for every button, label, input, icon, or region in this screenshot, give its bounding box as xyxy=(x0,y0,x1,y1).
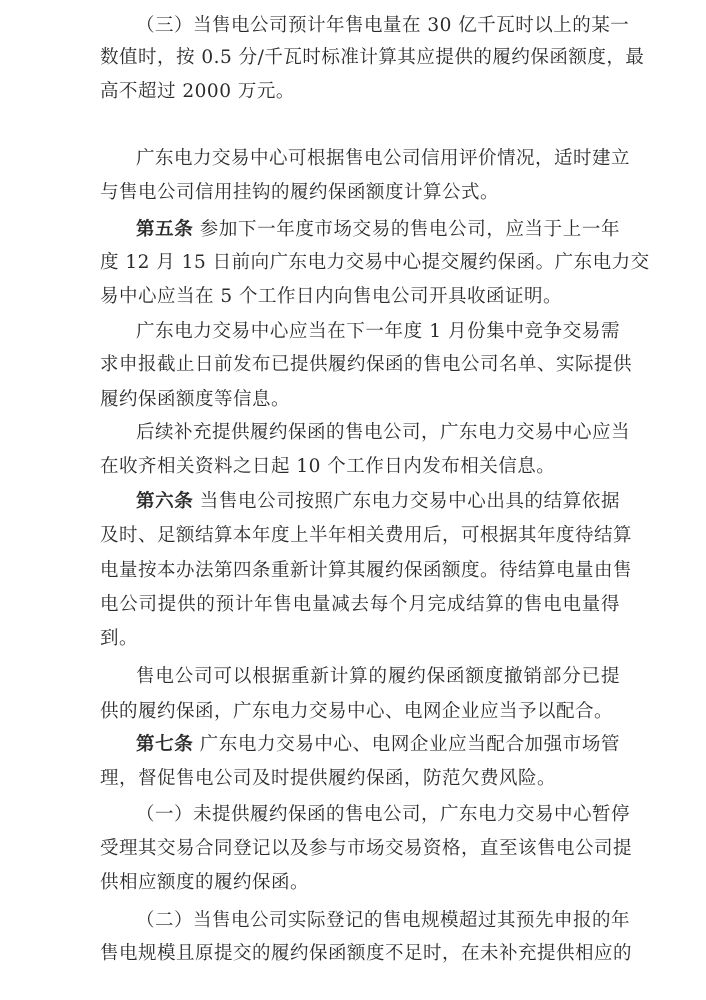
text-line: 广东电力交易中心应当在下一年度 1 月份集中竞争交易需 xyxy=(136,320,620,344)
line-text: 参加下一年度市场交易的售电公司，应当于上一年 xyxy=(200,219,620,240)
text-line: 理，督促售电公司及时提供履约保函，防范欠费风险。 xyxy=(100,767,620,791)
line-text: 广东电力交易中心、电网企业应当配合加强市场管 xyxy=(200,734,620,755)
text-line: 电公司提供的预计年售电量减去每个月完成结算的售电电量得 xyxy=(100,593,620,617)
text-line: 售电公司可以根据重新计算的履约保函额度撤销部分已提 xyxy=(136,665,620,689)
line-text: 售电公司可以根据重新计算的履约保函额度撤销部分已提 xyxy=(136,666,620,687)
text-line: 第六条 当售电公司按照广东电力交易中心出具的结算依据 xyxy=(136,490,620,514)
line-text: 及时、足额结算本年度上半年相关费用后，可根据其年度待结算 xyxy=(100,525,632,546)
article-heading: 第七条 xyxy=(136,734,193,755)
line-text: 供相应额度的履约保函。 xyxy=(100,872,309,893)
text-line: 第七条 广东电力交易中心、电网企业应当配合加强市场管 xyxy=(136,733,620,757)
line-text: 高不超过 2000 万元。 xyxy=(100,81,295,102)
line-text: 度 12 月 15 日前向广东电力交易中心提交履约保函。广东电力交 xyxy=(100,252,650,273)
text-line: 与售电公司信用挂钩的履约保函额度计算公式。 xyxy=(100,181,620,205)
text-line: 第五条 参加下一年度市场交易的售电公司，应当于上一年 xyxy=(136,218,620,242)
line-text: 电量按本办法第四条重新计算其履约保函额度。待结算电量由售 xyxy=(100,560,632,581)
line-text: 数值时，按 0.5 分/千瓦时标准计算其应提供的履约保函额度，最 xyxy=(100,47,644,68)
line-text: 求申报截止日前发布已提供履约保函的售电公司名单、实际提供 xyxy=(100,354,632,375)
line-text: 当售电公司按照广东电力交易中心出具的结算依据 xyxy=(200,491,620,512)
line-text: 在收齐相关资料之日起 10 个工作日内发布相关信息。 xyxy=(100,456,555,477)
line-text: 供的履约保函，广东电力交易中心、电网企业应当予以配合。 xyxy=(100,701,613,722)
line-text: 到。 xyxy=(100,628,138,649)
line-text: 受理其交易合同登记以及参与市场交易资格，直至该售电公司提 xyxy=(100,838,632,859)
text-line: 履约保函额度等信息。 xyxy=(100,388,620,412)
line-text: 售电规模且原提交的履约保函额度不足时，在未补充提供相应的 xyxy=(100,943,632,964)
text-line: 电量按本办法第四条重新计算其履约保函额度。待结算电量由售 xyxy=(100,559,620,583)
text-line: 供相应额度的履约保函。 xyxy=(100,871,620,895)
line-text: 后续补充提供履约保函的售电公司，广东电力交易中心应当 xyxy=(136,422,630,443)
line-text: 广东电力交易中心应当在下一年度 1 月份集中竞争交易需 xyxy=(136,321,620,342)
text-line: 广东电力交易中心可根据售电公司信用评价情况，适时建立 xyxy=(136,147,620,171)
line-text: 易中心应当在 5 个工作日内向售电公司开具收函证明。 xyxy=(100,286,562,307)
line-text: 与售电公司信用挂钩的履约保函额度计算公式。 xyxy=(100,182,499,203)
line-text: 履约保函额度等信息。 xyxy=(100,389,290,410)
text-line: 易中心应当在 5 个工作日内向售电公司开具收函证明。 xyxy=(100,285,620,309)
document-page: （三）当售电公司预计年售电量在 30 亿千瓦时以上的某一数值时，按 0.5 分/… xyxy=(0,0,706,1000)
article-heading: 第六条 xyxy=(136,491,193,512)
text-line: 度 12 月 15 日前向广东电力交易中心提交履约保函。广东电力交 xyxy=(100,251,620,275)
text-line: 及时、足额结算本年度上半年相关费用后，可根据其年度待结算 xyxy=(100,524,620,548)
text-line: 在收齐相关资料之日起 10 个工作日内发布相关信息。 xyxy=(100,455,620,479)
line-text: 广东电力交易中心可根据售电公司信用评价情况，适时建立 xyxy=(136,148,630,169)
line-text: （二）当售电公司实际登记的售电规模超过其预先申报的年 xyxy=(136,910,630,931)
line-text: （三）当售电公司预计年售电量在 30 亿千瓦时以上的某一 xyxy=(136,15,629,36)
text-line: 供的履约保函，广东电力交易中心、电网企业应当予以配合。 xyxy=(100,700,620,724)
line-text: 理，督促售电公司及时提供履约保函，防范欠费风险。 xyxy=(100,768,556,789)
text-line: （一）未提供履约保函的售电公司，广东电力交易中心暂停 xyxy=(136,803,620,827)
text-line: 高不超过 2000 万元。 xyxy=(100,80,620,104)
line-text: 电公司提供的预计年售电量减去每个月完成结算的售电电量得 xyxy=(100,594,620,615)
text-line: 到。 xyxy=(100,627,620,651)
text-line: （二）当售电公司实际登记的售电规模超过其预先申报的年 xyxy=(136,909,620,933)
text-line: 求申报截止日前发布已提供履约保函的售电公司名单、实际提供 xyxy=(100,353,620,377)
text-line: 后续补充提供履约保函的售电公司，广东电力交易中心应当 xyxy=(136,421,620,445)
text-line: 售电规模且原提交的履约保函额度不足时，在未补充提供相应的 xyxy=(100,942,620,966)
text-line: （三）当售电公司预计年售电量在 30 亿千瓦时以上的某一 xyxy=(136,14,620,38)
line-text: （一）未提供履约保函的售电公司，广东电力交易中心暂停 xyxy=(136,804,630,825)
text-line: 数值时，按 0.5 分/千瓦时标准计算其应提供的履约保函额度，最 xyxy=(100,46,620,70)
article-heading: 第五条 xyxy=(136,219,193,240)
text-line: 受理其交易合同登记以及参与市场交易资格，直至该售电公司提 xyxy=(100,837,620,861)
